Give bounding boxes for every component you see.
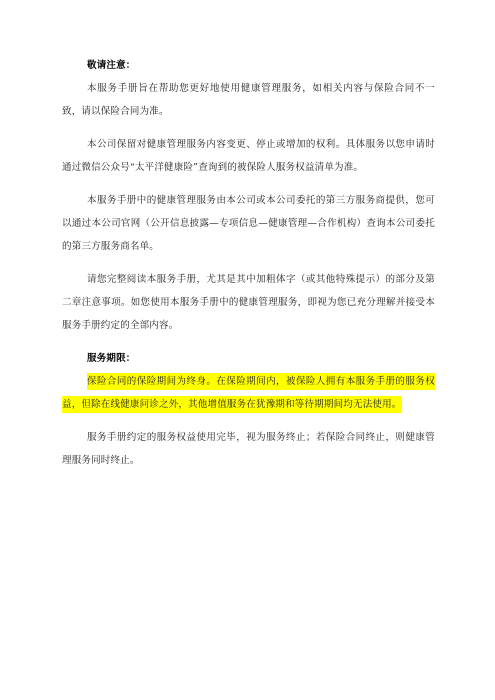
service-term-heading: 服务期限：: [62, 347, 435, 370]
notice-paragraph-1: 本服务手册旨在帮助您更好地使用健康管理服务，如相关内容与保险合同不一致，请以保险…: [62, 77, 435, 123]
notice-paragraph-3: 本服务手册中的健康管理服务由本公司或本公司委托的第三方服务商提供，您可以通过本公…: [62, 189, 435, 258]
document-page: 敬请注意： 本服务手册旨在帮助您更好地使用健康管理服务，如相关内容与保险合同不一…: [0, 0, 495, 700]
notice-paragraph-4: 请您完整阅读本服务手册，尤其是其中加粗体字（或其他特殊提示）的部分及第二章注意事…: [62, 268, 435, 337]
service-term-highlighted-paragraph: 保险合同的保险期间为终身。在保险期间内，被保险人拥有本服务手册的服务权益，但除在…: [62, 370, 435, 416]
notice-paragraph-2: 本公司保留对健康管理服务内容变更、停止或增加的权利。具体服务以您申请时通过微信公…: [62, 133, 435, 179]
notice-heading: 敬请注意：: [62, 54, 435, 77]
highlighted-text: 保险合同的保险期间为终身。在保险期间内，被保险人拥有本服务手册的服务权益，但除在…: [62, 373, 435, 413]
service-term-paragraph: 服务手册约定的服务权益使用完毕，视为服务终止；若保险合同终止，则健康管理服务同时…: [62, 426, 435, 472]
